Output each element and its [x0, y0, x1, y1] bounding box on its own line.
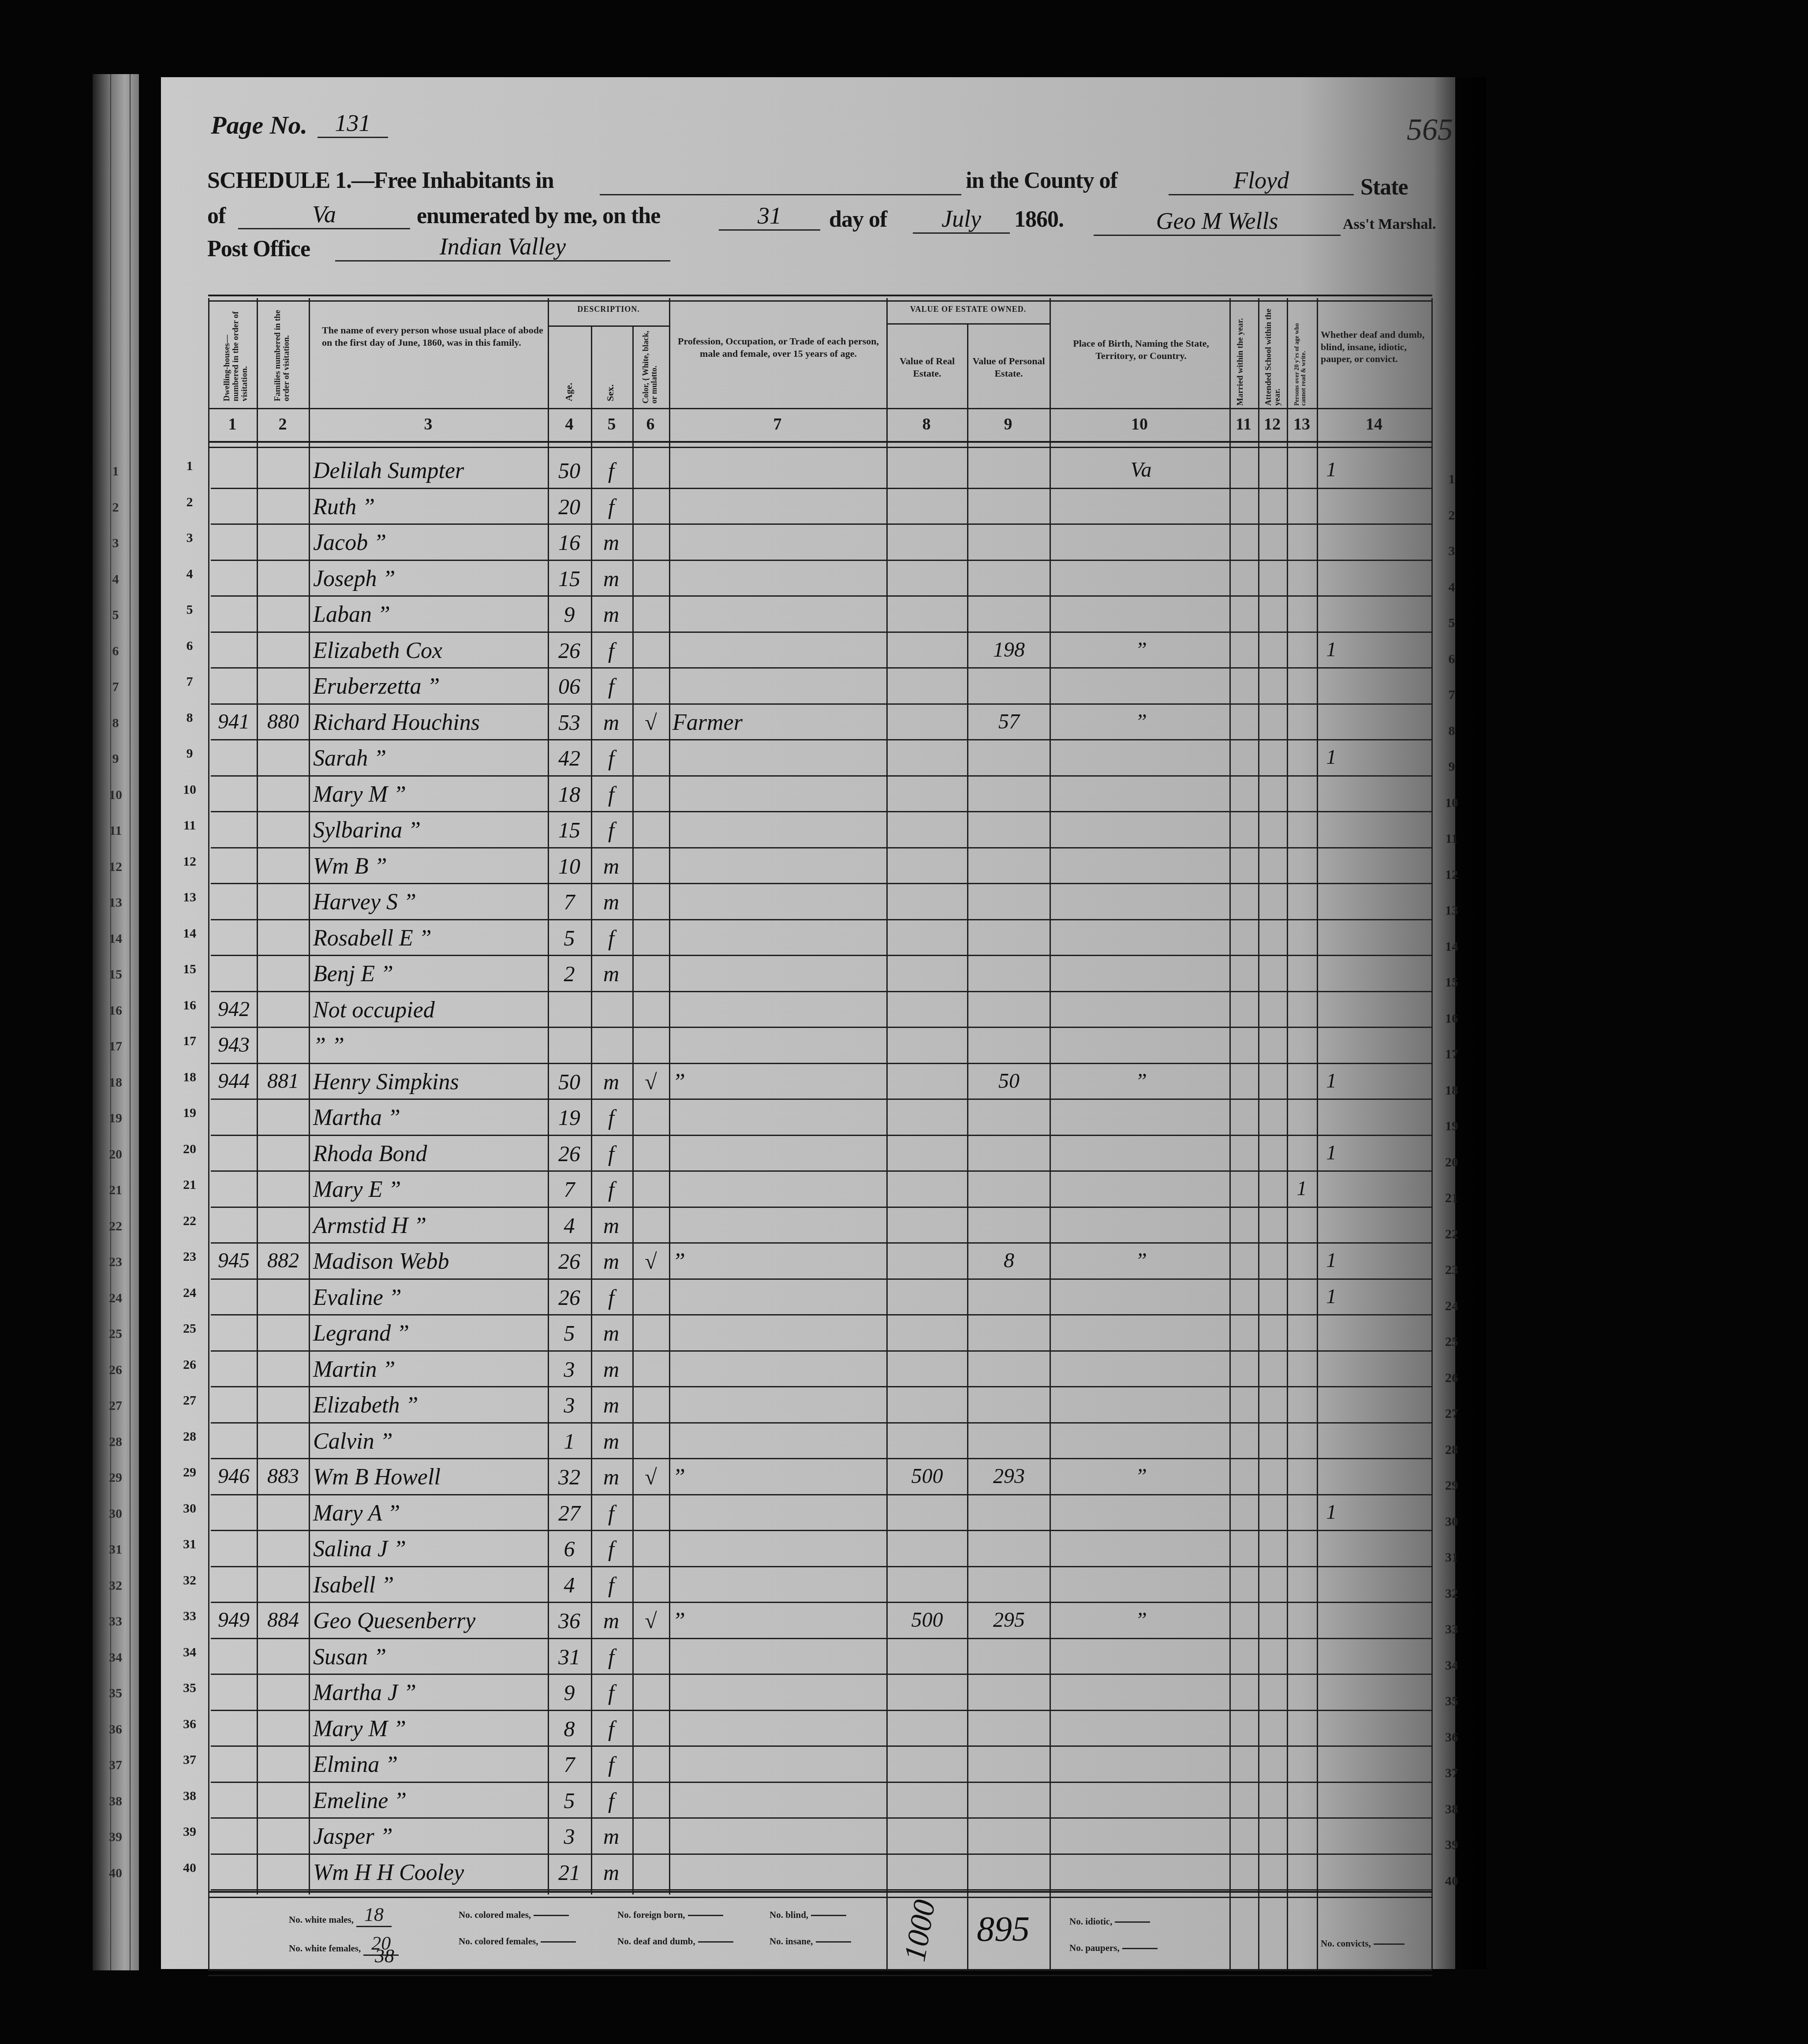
cell-age: 3: [549, 1392, 589, 1418]
row-number-right: 4: [1438, 580, 1465, 595]
cell-name: Mary E ”: [313, 1177, 547, 1203]
cell-name: Not occupied: [313, 997, 547, 1023]
blind-value: [811, 1915, 846, 1916]
cell-real: 500: [889, 1464, 966, 1488]
cell-age: 26: [549, 1285, 589, 1310]
white-males-tally: No. white males,18: [289, 1905, 392, 1929]
cell-name: Sylbarina ”: [313, 817, 547, 843]
row-rule: [211, 1458, 1431, 1459]
row-number-left: 7: [176, 674, 203, 689]
row-rule: [211, 632, 1431, 633]
cell-sex: f: [591, 1500, 631, 1526]
row-number-left: 28: [176, 1429, 203, 1444]
strip-row-number: 7: [102, 680, 129, 695]
cell-illiterate: 1: [1318, 1285, 1345, 1308]
row-number-right: 27: [1438, 1406, 1465, 1421]
deaf-dumb-label: No. deaf and dumb,: [617, 1936, 695, 1947]
cell-sex: f: [591, 1572, 631, 1598]
cell-sex: f: [591, 817, 631, 843]
cell-illiterate: 1: [1318, 745, 1345, 769]
col8-header: Value of Real Estate.: [889, 355, 966, 379]
cell-name: Delilah Sumpter: [313, 458, 547, 484]
row-rule: [211, 703, 1431, 705]
colored-males-value: [534, 1915, 569, 1916]
col10-header: Place of Birth, Naming the State, Territ…: [1056, 337, 1226, 362]
strip-row-number: 8: [102, 716, 129, 731]
cell-name: Laban ”: [313, 602, 547, 628]
row-number-left: 38: [176, 1789, 203, 1804]
cell-name: Ruth ”: [313, 494, 547, 520]
cell-age: 42: [549, 745, 589, 771]
cell-name: Elizabeth Cox: [313, 638, 547, 664]
cell-age: 15: [549, 566, 589, 591]
cell-sex: m: [591, 1860, 631, 1885]
strip-row-number: 23: [102, 1255, 129, 1270]
cell-name: Emeline ”: [313, 1788, 547, 1814]
cell-personal: 198: [969, 638, 1049, 662]
deaf-dumb-value: [698, 1941, 733, 1943]
cell-sex: m: [591, 1464, 631, 1490]
cell-sex: m: [591, 961, 631, 987]
cell-sex: f: [591, 638, 631, 663]
column-number-6: 6: [637, 415, 664, 434]
row-number-left: 13: [176, 890, 203, 905]
row-rule: [211, 1889, 1431, 1891]
row-rule: [211, 1674, 1431, 1675]
cell-color: √: [634, 1248, 668, 1274]
year-label: 1860.: [1014, 206, 1064, 232]
enumerated-label: enumerated by me, on the: [417, 203, 660, 229]
cell-name: Martha J ”: [313, 1680, 547, 1706]
cell-name: Richard Houchins: [313, 710, 547, 736]
cell-name: Jacob ”: [313, 530, 547, 556]
row-rule: [211, 739, 1431, 740]
cell-dwelling: 942: [212, 997, 256, 1021]
cell-name: Legrand ”: [313, 1320, 547, 1346]
cell-name: Elmina ”: [313, 1752, 547, 1778]
strip-row-number: 9: [102, 751, 129, 766]
cell-sex: f: [591, 1285, 631, 1310]
row-number-right: 39: [1438, 1838, 1465, 1853]
cell-name: Benj E ”: [313, 961, 547, 987]
cell-family: 881: [259, 1069, 307, 1093]
colored-males-tally: No. colored males,: [459, 1909, 569, 1921]
cell-name: Martha ”: [313, 1105, 547, 1131]
cell-age: 4: [549, 1213, 589, 1238]
cell-sex: f: [591, 781, 631, 807]
cell-age: 1: [549, 1428, 589, 1454]
cell-age: 9: [549, 1680, 589, 1705]
column-number-7: 7: [764, 415, 791, 434]
row-number-left: 1: [176, 459, 203, 474]
cell-name: Rosabell E ”: [313, 925, 547, 951]
row-number-left: 23: [176, 1249, 203, 1264]
row-rule: [211, 1853, 1431, 1855]
column-number-1: 1: [219, 415, 246, 434]
cell-sex: f: [591, 745, 631, 771]
row-number-left: 18: [176, 1070, 203, 1085]
strip-row-number: 12: [102, 859, 129, 874]
row-number-left: 33: [176, 1609, 203, 1624]
strip-row-number: 40: [102, 1866, 129, 1881]
row-number-right: 33: [1438, 1622, 1465, 1637]
white-males-value: 18: [356, 1903, 392, 1927]
row-number-right: 12: [1438, 867, 1465, 882]
cell-age: 06: [549, 673, 589, 699]
cell-personal: 50: [969, 1069, 1049, 1093]
insane-tally: No. insane,: [770, 1936, 851, 1947]
row-rule: [211, 1745, 1431, 1747]
row-number-right: 17: [1438, 1047, 1465, 1062]
row-number-right: 21: [1438, 1191, 1465, 1206]
row-number-left: 20: [176, 1142, 203, 1157]
cell-dwelling: 943: [212, 1033, 256, 1057]
cell-age: 16: [549, 530, 589, 555]
row-number-left: 2: [176, 495, 203, 510]
colored-females-value: [541, 1941, 576, 1943]
cell-sex: f: [591, 925, 631, 951]
cell-illiterate: 1: [1318, 1141, 1345, 1164]
row-rule: [211, 1530, 1431, 1531]
row-rule: [211, 1278, 1431, 1280]
cell-real: 500: [889, 1608, 966, 1632]
col5-header: Sex.: [605, 366, 615, 401]
row-rule: [211, 1710, 1431, 1711]
row-number-left: 37: [176, 1753, 203, 1767]
cell-birth: ”: [1054, 1069, 1228, 1093]
cell-illiterate: 1: [1318, 458, 1345, 481]
cell-name: Armstid H ”: [313, 1213, 547, 1239]
col-divider: [1287, 298, 1288, 1969]
cell-birth: ”: [1054, 710, 1228, 734]
strip-row-number: 20: [102, 1147, 129, 1162]
row-number-left: 25: [176, 1321, 203, 1336]
cell-illiterate: 1: [1318, 1069, 1345, 1092]
cell-name: ” ”: [313, 1033, 547, 1059]
insane-label: No. insane,: [770, 1936, 813, 1947]
cell-family: 884: [259, 1608, 307, 1632]
column-number-11: 11: [1230, 415, 1257, 434]
row-number-right: 7: [1438, 688, 1465, 703]
cell-name: Calvin ”: [313, 1428, 547, 1454]
row-number-left: 32: [176, 1573, 203, 1588]
cell-name: Mary M ”: [313, 1716, 547, 1742]
cell-age: 36: [549, 1608, 589, 1633]
cell-dwelling: 944: [212, 1069, 256, 1093]
row-rule: [211, 847, 1431, 848]
col-divider: [548, 298, 549, 1895]
strip-row-number: 39: [102, 1830, 129, 1845]
row-number-left: 9: [176, 746, 203, 761]
row-rule: [211, 1386, 1431, 1387]
convicts-value: [1374, 1943, 1405, 1945]
cell-sex: f: [591, 1644, 631, 1670]
cell-age: 18: [549, 781, 589, 807]
strip-row-number: 19: [102, 1111, 129, 1126]
row-number-left: 11: [176, 818, 203, 833]
marshal-name-field: Geo M Wells: [1094, 207, 1341, 236]
cell-dwelling: 945: [212, 1248, 256, 1273]
cell-sex: f: [591, 1716, 631, 1741]
row-rule: [211, 1422, 1431, 1424]
row-number-right: 8: [1438, 724, 1465, 739]
strip-row-number: 14: [102, 931, 129, 946]
column-number-12: 12: [1259, 415, 1285, 434]
row-number-left: 8: [176, 710, 203, 725]
table-bottom-rule: [208, 1891, 1432, 1898]
cell-name: Jasper ”: [313, 1824, 547, 1850]
column-number-9: 9: [995, 415, 1021, 434]
cell-illiterate: 1: [1318, 1248, 1345, 1272]
day-field: 31: [719, 202, 820, 231]
row-rule: [211, 523, 1431, 525]
state-label: State: [1360, 174, 1408, 200]
white-females-label: No. white females,: [289, 1943, 361, 1954]
cell-name: Eruberzetta ”: [313, 673, 547, 699]
row-rule: [211, 667, 1431, 669]
cell-name: Evaline ”: [313, 1285, 547, 1311]
idiotic-label: No. idiotic,: [1069, 1916, 1112, 1927]
cell-age: 26: [549, 638, 589, 663]
cell-personal: 57: [969, 710, 1049, 734]
cell-sex: f: [591, 1752, 631, 1777]
cell-dwelling: 946: [212, 1464, 256, 1488]
column-number-13: 13: [1289, 415, 1315, 434]
row-rule: [211, 1135, 1431, 1136]
cell-name: Harvey S ”: [313, 889, 547, 915]
cell-sex: f: [591, 1788, 631, 1813]
col6-header: Color, { White, black, or mulatto.: [642, 329, 658, 404]
row-number-right: 19: [1438, 1119, 1465, 1134]
row-number-right: 38: [1438, 1802, 1465, 1817]
cell-birth: ”: [1054, 1464, 1228, 1488]
strip-row-number: 22: [102, 1219, 129, 1234]
cell-age: 5: [549, 925, 589, 951]
header-number-rule: [208, 408, 1432, 409]
cell-name: Rhoda Bond: [313, 1141, 547, 1167]
row-rule: [211, 595, 1431, 597]
cell-sex: m: [591, 1824, 631, 1849]
strip-row-number: 35: [102, 1686, 129, 1701]
cell-birth: Va: [1054, 458, 1228, 482]
column-number-4: 4: [556, 415, 583, 434]
col9-header: Value of Personal Estate.: [970, 355, 1047, 379]
cell-name: Mary M ”: [313, 781, 547, 807]
col-divider: [669, 298, 670, 1895]
strip-row-number: 28: [102, 1435, 129, 1450]
row-number-left: 17: [176, 1034, 203, 1049]
white-males-label: No. white males,: [289, 1914, 354, 1925]
col12-header: Attended School within the year.: [1264, 304, 1282, 406]
cell-school: 1: [1288, 1177, 1315, 1200]
col4-header: Age.: [564, 366, 574, 401]
table-left-border: [208, 298, 209, 1969]
strip-row-number: 16: [102, 1003, 129, 1018]
cell-birth: ”: [1054, 1248, 1228, 1273]
cell-birth: ”: [1054, 1608, 1228, 1632]
row-rule: [211, 1350, 1431, 1352]
cell-dwelling: 941: [212, 710, 256, 734]
strip-row-number: 3: [102, 536, 129, 551]
insane-value: [816, 1941, 851, 1943]
col-divider: [967, 324, 968, 1969]
row-number-left: 24: [176, 1285, 203, 1300]
row-number-left: 30: [176, 1501, 203, 1516]
row-number-left: 29: [176, 1465, 203, 1480]
strip-row-number: 34: [102, 1650, 129, 1665]
row-number-left: 36: [176, 1717, 203, 1732]
cell-name: Henry Simpkins: [313, 1069, 547, 1095]
col11-header: Married within the year.: [1236, 304, 1245, 406]
cell-sex: m: [591, 710, 631, 735]
cell-age: 20: [549, 494, 589, 519]
of-label: of: [207, 203, 225, 229]
idiotic-value: [1115, 1921, 1150, 1923]
row-rule: [211, 1207, 1431, 1208]
strip-row-number: 5: [102, 608, 129, 623]
col13-header: Persons over 20 y'rs of age who cannot r…: [1294, 304, 1307, 406]
colored-females-tally: No. colored females,: [459, 1936, 576, 1947]
foreign-born-tally: No. foreign born,: [617, 1909, 723, 1921]
cell-name: Wm H H Cooley: [313, 1860, 547, 1886]
row-number-left: 5: [176, 602, 203, 617]
cell-occupation: ”: [672, 1464, 884, 1490]
page-number: 131: [318, 109, 388, 138]
cell-family: 882: [259, 1248, 307, 1273]
row-rule: [211, 811, 1431, 812]
footer-bottom-rule: [208, 1969, 1432, 1976]
row-rule: [211, 1242, 1431, 1244]
row-number-right: 13: [1438, 903, 1465, 918]
blind-tally: No. blind,: [770, 1909, 846, 1921]
row-number-left: 14: [176, 926, 203, 941]
strip-row-number: 29: [102, 1470, 129, 1485]
paupers-label: No. paupers,: [1069, 1943, 1120, 1953]
strip-row-number: 30: [102, 1506, 129, 1521]
cell-sex: m: [591, 530, 631, 555]
table-right-border: [1431, 298, 1433, 1969]
cell-age: 50: [549, 1069, 589, 1095]
colored-females-label: No. colored females,: [459, 1936, 538, 1947]
row-number-right: 6: [1438, 652, 1465, 667]
strip-row-number: 13: [102, 895, 129, 910]
description-group-rule: [548, 325, 669, 327]
column-number-14: 14: [1361, 415, 1387, 434]
cell-sex: m: [591, 1320, 631, 1346]
cell-age: 50: [549, 458, 589, 483]
row-number-left: 39: [176, 1824, 203, 1839]
row-rule: [211, 775, 1431, 777]
cell-age: 2: [549, 961, 589, 987]
col-divider: [1050, 298, 1051, 1969]
schedule-title: SCHEDULE 1.—Free Inhabitants in: [207, 168, 554, 194]
row-number-left: 22: [176, 1214, 203, 1229]
cell-sex: f: [591, 1177, 631, 1202]
county-field: Floyd: [1169, 167, 1354, 195]
row-rule: [211, 883, 1431, 884]
cell-personal: 295: [969, 1608, 1049, 1632]
row-number-right: 11: [1438, 831, 1465, 846]
row-number-left: 4: [176, 567, 203, 582]
cell-age: 19: [549, 1105, 589, 1130]
cell-sex: f: [591, 1141, 631, 1166]
col-divider: [1258, 298, 1259, 1969]
row-number-right: 31: [1438, 1550, 1465, 1565]
cell-name: Geo Quesenberry: [313, 1608, 547, 1634]
cell-sex: m: [591, 1248, 631, 1274]
cell-name: Joseph ”: [313, 566, 547, 592]
strip-row-number: 6: [102, 644, 129, 659]
row-rule: [211, 488, 1431, 489]
cell-sex: f: [591, 494, 631, 519]
col14-header: Whether deaf and dumb, blind, insane, id…: [1321, 329, 1429, 365]
strip-row-number: 4: [102, 572, 129, 587]
blind-label: No. blind,: [770, 1909, 808, 1920]
cell-name: Salina J ”: [313, 1536, 547, 1562]
row-number-right: 15: [1438, 975, 1465, 990]
cell-age: 31: [549, 1644, 589, 1670]
cell-personal: 8: [969, 1248, 1049, 1273]
deaf-dumb-tally: No. deaf and dumb,: [617, 1936, 733, 1947]
row-rule: [211, 1063, 1431, 1064]
colored-males-label: No. colored males,: [459, 1909, 531, 1920]
cell-age: 21: [549, 1860, 589, 1885]
cell-illiterate: 1: [1318, 638, 1345, 661]
cell-age: 10: [549, 853, 589, 879]
row-number-left: 16: [176, 998, 203, 1013]
cell-sex: f: [591, 673, 631, 699]
row-number-left: 3: [176, 531, 203, 546]
col-divider: [1229, 298, 1231, 1969]
row-rule: [211, 1602, 1431, 1603]
strip-row-number: 17: [102, 1039, 129, 1054]
row-number-right: 25: [1438, 1334, 1465, 1349]
inhabitants-in-field: [600, 168, 961, 195]
col-divider: [257, 298, 258, 1895]
row-number-right: 32: [1438, 1586, 1465, 1601]
row-number-left: 27: [176, 1393, 203, 1408]
header-bottom-rule: [208, 441, 1432, 448]
row-number-right: 29: [1438, 1478, 1465, 1493]
cell-name: Mary A ”: [313, 1500, 547, 1526]
cell-sex: m: [591, 1428, 631, 1454]
row-rule: [211, 1638, 1431, 1639]
cell-age: 7: [549, 889, 589, 915]
column-number-10: 10: [1126, 415, 1153, 434]
cell-age: 8: [549, 1716, 589, 1741]
row-number-left: 19: [176, 1106, 203, 1121]
description-group-header: DESCRIPTION.: [549, 304, 668, 314]
row-number-left: 15: [176, 962, 203, 977]
strip-row-number: 36: [102, 1722, 129, 1737]
cell-personal: 293: [969, 1464, 1049, 1488]
strip-row-number: 21: [102, 1183, 129, 1198]
row-number-left: 26: [176, 1357, 203, 1372]
column-number-3: 3: [415, 415, 441, 434]
cell-age: 15: [549, 817, 589, 843]
cell-sex: f: [591, 1536, 631, 1562]
table-top-rule: [208, 295, 1432, 302]
row-number-left: 35: [176, 1681, 203, 1696]
cell-age: 3: [549, 1356, 589, 1382]
estate-group-rule: [886, 323, 1050, 325]
column-number-2: 2: [269, 415, 296, 434]
paupers-tally: No. paupers,: [1069, 1943, 1158, 1954]
stamp-number: 565: [1407, 112, 1453, 148]
cell-family: 880: [259, 710, 307, 734]
strip-row-number: 38: [102, 1794, 129, 1809]
cell-name: Wm B ”: [313, 853, 547, 879]
